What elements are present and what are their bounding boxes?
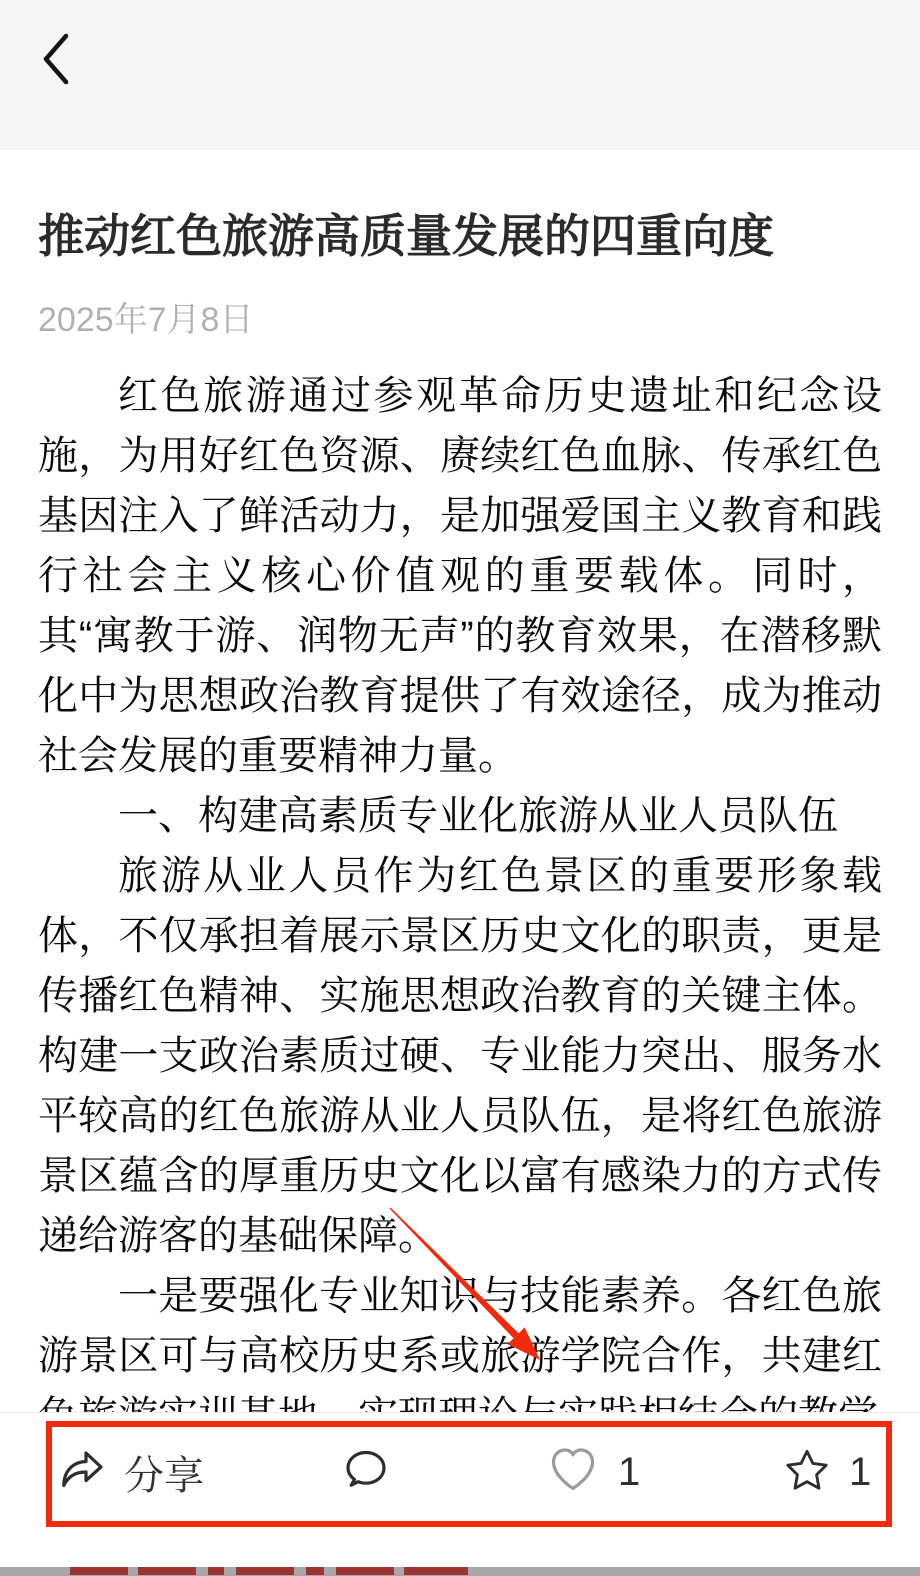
heart-icon	[546, 1444, 600, 1501]
share-label: 分享	[124, 1444, 204, 1501]
article-date: 2025年7月8日	[38, 300, 882, 341]
favorite-count: 1	[849, 1450, 871, 1495]
paragraph: 旅游从业人员作为红色景区的重要形象载体，不仅承担着展示景区历史文化的职责，更是传…	[38, 846, 882, 1266]
bottom-action-bar: 分享 1 1	[0, 1412, 920, 1576]
back-button[interactable]	[38, 30, 74, 88]
top-header	[0, 0, 920, 150]
comment-bubble-icon	[342, 1446, 390, 1499]
star-icon	[783, 1447, 831, 1498]
share-button[interactable]: 分享	[58, 1443, 204, 1501]
chevron-left-icon	[38, 76, 74, 91]
cutoff-content-strip	[0, 1567, 920, 1576]
comment-button[interactable]	[342, 1443, 390, 1501]
article-body: 红色旅游通过参观革命历史遗址和纪念设施，为用好红色资源、赓续红色血脉、传承红色基…	[38, 366, 882, 1446]
like-button[interactable]: 1	[546, 1443, 640, 1501]
share-icon	[58, 1446, 106, 1499]
paragraph: 一、构建高素质专业化旅游从业人员队伍	[38, 786, 882, 846]
like-count: 1	[618, 1450, 640, 1495]
favorite-button[interactable]: 1	[783, 1443, 871, 1501]
article-container: 推动红色旅游高质量发展的四重向度 2025年7月8日 红色旅游通过参观革命历史遗…	[0, 150, 920, 1446]
article-title: 推动红色旅游高质量发展的四重向度	[38, 210, 882, 263]
paragraph: 红色旅游通过参观革命历史遗址和纪念设施，为用好红色资源、赓续红色血脉、传承红色基…	[38, 366, 882, 786]
app-screen: 推动红色旅游高质量发展的四重向度 2025年7月8日 红色旅游通过参观革命历史遗…	[0, 0, 920, 1576]
